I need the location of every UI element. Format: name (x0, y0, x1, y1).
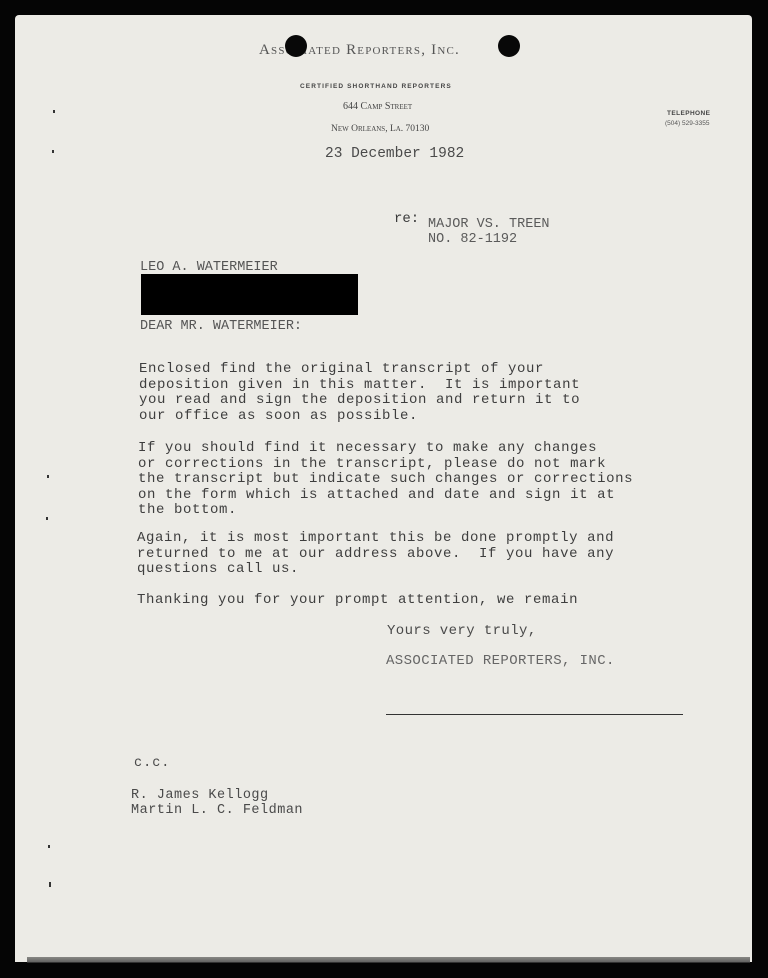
binder-mark (47, 475, 49, 478)
binder-mark (46, 517, 48, 520)
letterhead-street: 644 Camp Street (343, 101, 412, 112)
cc-recipients: R. James Kellogg Martin L. C. Feldman (131, 788, 303, 818)
re-label: re: (394, 211, 419, 227)
salutation: DEAR MR. WATERMEIER: (140, 319, 302, 334)
letterhead-city: New Orleans, La. 70130 (331, 124, 429, 134)
page-bottom-edge (27, 957, 750, 963)
redacted-address-block (141, 274, 358, 315)
letterhead-subtitle: CERTIFIED SHORTHAND REPORTERS (300, 83, 452, 90)
closing-line: Thanking you for your prompt attention, … (137, 592, 578, 608)
binder-mark (48, 845, 50, 848)
re-case-number: NO. 82-1192 (428, 232, 517, 247)
punch-hole-left-icon (285, 35, 307, 57)
cc-label: c.c. (134, 756, 170, 771)
signature-company: ASSOCIATED REPORTERS, INC. (386, 653, 615, 669)
letter-date: 23 December 1982 (325, 146, 464, 162)
punch-hole-right-icon (498, 35, 520, 57)
telephone-number: (504) 529-3355 (665, 120, 709, 127)
signature-line (386, 714, 683, 715)
binder-mark (49, 882, 51, 887)
re-case-name: MAJOR VS. TREEN (428, 217, 550, 232)
binder-mark (53, 110, 55, 113)
binder-mark (52, 150, 54, 153)
telephone-label: TELEPHONE (667, 110, 710, 117)
re-case-block: MAJOR VS. TREEN NO. 82-1192 (428, 217, 550, 247)
addressee-name: LEO A. WATERMEIER (140, 260, 278, 275)
body-paragraph-1: Enclosed find the original transcript of… (139, 362, 580, 424)
body-paragraph-2: If you should find it necessary to make … (138, 441, 633, 519)
body-paragraph-3: Again, it is most important this be done… (137, 531, 614, 578)
valediction: Yours very truly, (387, 623, 537, 639)
